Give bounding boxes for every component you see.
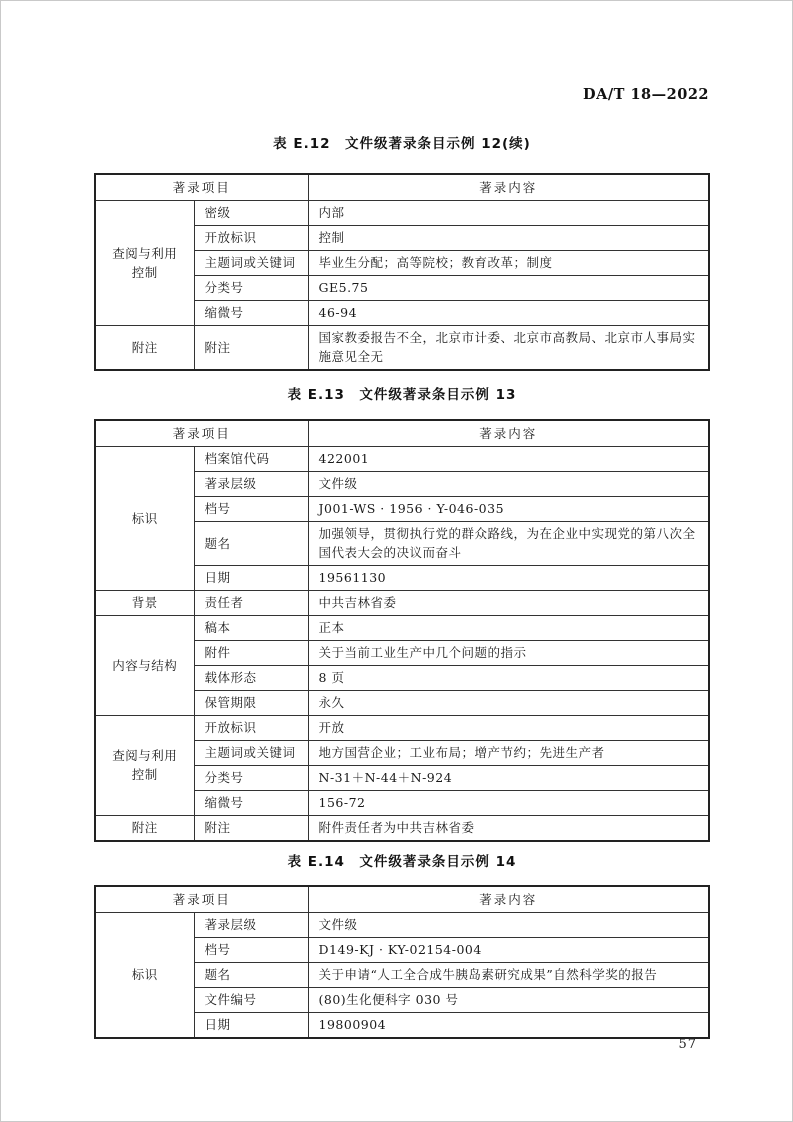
item-cell: 著录层级 [194, 913, 308, 938]
content-cell: 地方国营企业；工业布局；增产节约；先进生产者 [308, 740, 709, 765]
document-page: DA/T 18—2022 表 E.12 文件级著录条目示例 12(续) 著录项目… [0, 0, 793, 1122]
table-row: 附注附注附件责任者为中共吉林省委 [95, 815, 709, 841]
standard-code: DA/T 18—2022 [583, 86, 709, 103]
content-cell: 19561130 [308, 565, 709, 590]
item-cell: 档案馆代码 [194, 447, 308, 472]
item-cell: 题名 [194, 522, 308, 566]
content-cell: J001-WS · 1956 · Y-046-035 [308, 497, 709, 522]
item-cell: 附注 [194, 326, 308, 370]
item-cell: 档号 [194, 497, 308, 522]
group-cell: 查阅与利用控制 [95, 715, 194, 815]
item-cell: 稿本 [194, 615, 308, 640]
content-cell: 开放 [308, 715, 709, 740]
content-cell: 46-94 [308, 301, 709, 326]
record-table-e14: 著录项目 著录内容 标识著录层级文件级档号D149-KJ · KY-02154-… [94, 885, 710, 1039]
group-cell: 标识 [95, 913, 194, 1039]
table-row: 标识档案馆代码422001 [95, 447, 709, 472]
item-cell: 开放标识 [194, 715, 308, 740]
record-table-e12: 著录项目 著录内容 查阅与利用控制密级内部开放标识控制主题词或关键词毕业生分配；… [94, 173, 710, 371]
table-e14-section: 表 E.14 文件级著录条目示例 14 著录项目 著录内容 标识著录层级文件级档… [94, 850, 710, 1039]
item-cell: 缩微号 [194, 301, 308, 326]
table-body: 标识档案馆代码422001著录层级文件级档号J001-WS · 1956 · Y… [95, 447, 709, 841]
content-cell: 永久 [308, 690, 709, 715]
table-header-row: 著录项目 著录内容 [95, 420, 709, 447]
table-row: 背景责任者中共吉林省委 [95, 590, 709, 615]
table-body: 标识著录层级文件级档号D149-KJ · KY-02154-004题名关于申请“… [95, 913, 709, 1039]
content-cell: 文件级 [308, 472, 709, 497]
content-cell: 156-72 [308, 790, 709, 815]
group-cell: 附注 [95, 326, 194, 370]
item-cell: 附件 [194, 640, 308, 665]
content-cell: 内部 [308, 201, 709, 226]
table-row: 查阅与利用控制开放标识开放 [95, 715, 709, 740]
group-cell: 内容与结构 [95, 615, 194, 715]
table-e14-title: 表 E.14 文件级著录条目示例 14 [94, 850, 710, 870]
content-cell: 控制 [308, 226, 709, 251]
content-cell: GE5.75 [308, 276, 709, 301]
content-cell: (80)生化便科字 030 号 [308, 988, 709, 1013]
item-cell: 分类号 [194, 765, 308, 790]
content-cell: 加强领导，贯彻执行党的群众路线，为在企业中实现党的第八次全国代表大会的决议而奋斗 [308, 522, 709, 566]
column-header-content: 著录内容 [308, 174, 709, 201]
content-cell: 文件级 [308, 913, 709, 938]
item-cell: 主题词或关键词 [194, 251, 308, 276]
content-cell: 8 页 [308, 665, 709, 690]
content-cell: 毕业生分配；高等院校；教育改革；制度 [308, 251, 709, 276]
content-cell: 关于申请“人工全合成牛胰岛素研究成果”自然科学奖的报告 [308, 963, 709, 988]
item-cell: 责任者 [194, 590, 308, 615]
column-header-item: 著录项目 [95, 174, 308, 201]
content-cell: 正本 [308, 615, 709, 640]
item-cell: 题名 [194, 963, 308, 988]
table-header-row: 著录项目 著录内容 [95, 886, 709, 913]
record-table-e13: 著录项目 著录内容 标识档案馆代码422001著录层级文件级档号J001-WS … [94, 419, 710, 842]
table-body: 查阅与利用控制密级内部开放标识控制主题词或关键词毕业生分配；高等院校；教育改革；… [95, 201, 709, 370]
table-row: 查阅与利用控制密级内部 [95, 201, 709, 226]
content-cell: D149-KJ · KY-02154-004 [308, 938, 709, 963]
item-cell: 开放标识 [194, 226, 308, 251]
item-cell: 著录层级 [194, 472, 308, 497]
column-header-item: 著录项目 [95, 420, 308, 447]
item-cell: 档号 [194, 938, 308, 963]
group-cell: 标识 [95, 447, 194, 591]
table-row: 内容与结构稿本正本 [95, 615, 709, 640]
column-header-content: 著录内容 [308, 886, 709, 913]
content-cell: 中共吉林省委 [308, 590, 709, 615]
table-header-row: 著录项目 著录内容 [95, 174, 709, 201]
table-e12-title: 表 E.12 文件级著录条目示例 12(续) [94, 132, 710, 152]
page-number: 57 [678, 1037, 697, 1052]
column-header-item: 著录项目 [95, 886, 308, 913]
item-cell: 载体形态 [194, 665, 308, 690]
content-cell: 附件责任者为中共吉林省委 [308, 815, 709, 841]
group-cell: 附注 [95, 815, 194, 841]
table-e13-title: 表 E.13 文件级著录条目示例 13 [94, 383, 710, 403]
item-cell: 附注 [194, 815, 308, 841]
item-cell: 日期 [194, 565, 308, 590]
content-cell: 关于当前工业生产中几个问题的指示 [308, 640, 709, 665]
item-cell: 文件编号 [194, 988, 308, 1013]
group-cell: 查阅与利用控制 [95, 201, 194, 326]
table-row: 标识著录层级文件级 [95, 913, 709, 938]
table-e12-section: 表 E.12 文件级著录条目示例 12(续) 著录项目 著录内容 查阅与利用控制… [94, 132, 710, 371]
item-cell: 密级 [194, 201, 308, 226]
item-cell: 保管期限 [194, 690, 308, 715]
content-cell: 国家教委报告不全，北京市计委、北京市高教局、北京市人事局实施意见全无 [308, 326, 709, 370]
content-cell: 19800904 [308, 1013, 709, 1039]
item-cell: 缩微号 [194, 790, 308, 815]
item-cell: 主题词或关键词 [194, 740, 308, 765]
table-row: 附注附注国家教委报告不全，北京市计委、北京市高教局、北京市人事局实施意见全无 [95, 326, 709, 370]
content-cell: N-31＋N-44＋N-924 [308, 765, 709, 790]
content-cell: 422001 [308, 447, 709, 472]
item-cell: 日期 [194, 1013, 308, 1039]
column-header-content: 著录内容 [308, 420, 709, 447]
item-cell: 分类号 [194, 276, 308, 301]
table-e13-section: 表 E.13 文件级著录条目示例 13 著录项目 著录内容 标识档案馆代码422… [94, 383, 710, 842]
group-cell: 背景 [95, 590, 194, 615]
